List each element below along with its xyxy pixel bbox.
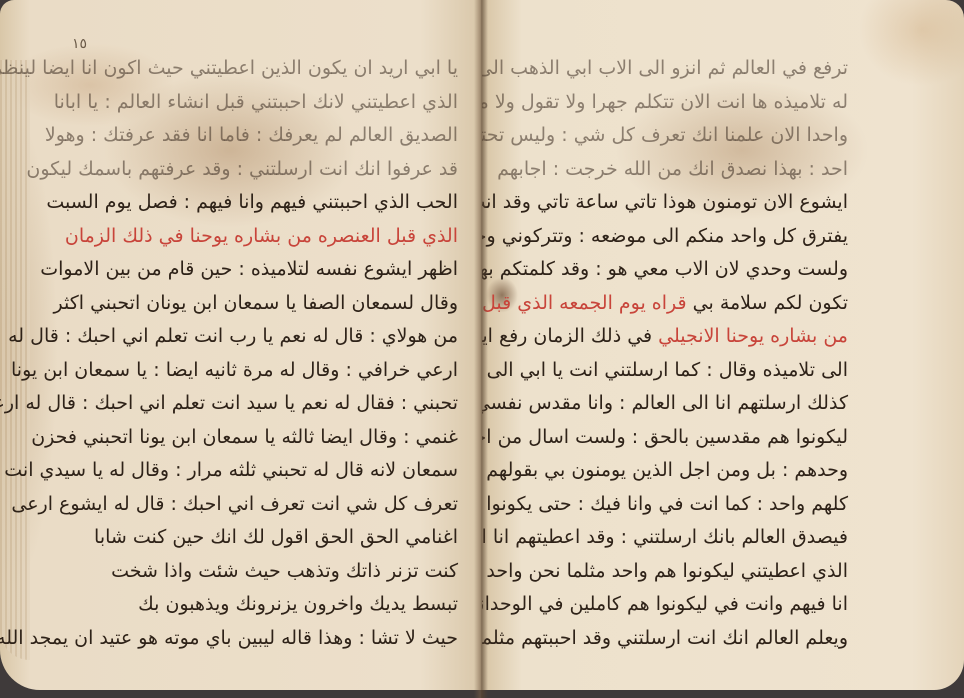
rubric-segment: قراه يوم الجمعه الذي قبل العنصره [482, 292, 687, 314]
text-line: اغنامي الحق الحق اقول لك انك حين كنت شاب… [140, 521, 458, 555]
text-line: قد عرفوا انك انت ارسلتني : وقد عرفتهم با… [140, 153, 458, 187]
text-line: الصديق العالم لم يعرفك : فاما انا فقد عر… [140, 119, 458, 153]
text-line: من بشاره يوحنا الانجيلي في ذلك الزمان رف… [500, 320, 848, 354]
text-line: الذي اعطيتني ليكونوا هم واحد مثلما نحن و… [500, 555, 848, 589]
text-line: كذلك ارسلتهم انا الى العالم : وانا مقدس … [500, 387, 848, 421]
folio-number: ١٥ [72, 36, 87, 52]
rubric-line: الذي قبل العنصره من بشاره يوحنا في ذلك ا… [140, 220, 458, 254]
text-line: يفترق كل واحد منكم الى موضعه : وتتركوني … [500, 220, 848, 254]
text-line: تكون لكم سلامة بي قراه يوم الجمعه الذي ق… [500, 287, 848, 321]
text-line: ليكونوا هم مقدسين بالحق : ولست اسال من ا… [500, 421, 848, 455]
text-segment: تكون لكم سلامة بي [693, 292, 848, 314]
left-page-text: يا ابي اريد ان يكون الذين اعطيتني حيث اك… [140, 52, 458, 655]
text-line: انا فيهم وانت في ليكونوا هم كاملين في ال… [500, 588, 848, 622]
text-segment: في ذلك الزمان رفع ايشوع عينيه [482, 325, 652, 347]
text-line: تبسط يديك واخرون يزنرونك ويذهبون بك [140, 588, 458, 622]
text-line: ويعلم العالم انك انت ارسلتني وقد احببتهم… [500, 622, 848, 656]
text-line: فيصدق العالم بانك ارسلتني : وقد اعطيتهم … [500, 521, 848, 555]
text-line: غنمي : وقال ايضا ثالثه يا سمعان ابن يونا… [140, 421, 458, 455]
book-gutter [474, 0, 488, 698]
text-line: تعرف كل شي انت تعرف اني احبك : قال له اي… [140, 488, 458, 522]
text-line: ولست وحدي لان الاب معي هو : وقد كلمتكم ب… [500, 253, 848, 287]
text-line: من هولاي : قال له نعم يا رب انت تعلم اني… [140, 320, 458, 354]
text-line: كنت تزنر ذاتك وتذهب حيث شئت واذا شخت [140, 555, 458, 589]
manuscript-spread: ١٥ يا ابي اريد ان يكون الذين اعطيتني حيث… [0, 0, 964, 698]
text-line: وحدهم : بل ومن اجل الذين يومنون بي بقوله… [500, 454, 848, 488]
text-line: ترفع في العالم ثم انزو الى الاب ابي الذه… [500, 52, 848, 86]
text-line: سمعان لانه قال له تحبني ثلثه مرار : وقال… [140, 454, 458, 488]
text-line: ارعي خرافي : وقال له مرة ثانيه ايضا : يا… [140, 354, 458, 388]
text-line: ايشوع الان تومنون هوذا تاتي ساعة تاتي وق… [500, 186, 848, 220]
right-page-text: ترفع في العالم ثم انزو الى الاب ابي الذه… [500, 52, 848, 655]
text-line: له تلاميذه ها انت الان تتكلم جهرا ولا تق… [500, 86, 848, 120]
text-line: وقال لسمعان الصفا يا سمعان ابن يونان اتح… [140, 287, 458, 321]
text-line: تحبني : فقال له نعم يا سيد انت تعلم اني … [140, 387, 458, 421]
text-line: كلهم واحد : كما انت في وانا فيك : حتى يك… [500, 488, 848, 522]
text-line: حيث لا تشا : وهذا قاله ليبين باي موته هو… [140, 622, 458, 656]
text-line: الحب الذي احببتني فيهم وانا فيهم : فصل ي… [140, 186, 458, 220]
text-line: اظهر ايشوع نفسه لتلاميذه : حين قام من بي… [140, 253, 458, 287]
text-line: يا ابي اريد ان يكون الذين اعطيتني حيث اك… [140, 52, 458, 86]
text-line: واحدا الان علمنا انك تعرف كل شي : وليس ت… [500, 119, 848, 153]
text-line: الى تلاميذه وقال : كما ارسلتني انت يا اب… [500, 354, 848, 388]
text-line: احد : بهذا نصدق انك من الله خرجت : اجابه… [500, 153, 848, 187]
text-line: الذي اعطيتني لانك احببتني قبل انشاء العا… [140, 86, 458, 120]
right-page: ترفع في العالم ثم انزو الى الاب ابي الذه… [482, 0, 964, 690]
rubric-segment: من بشاره يوحنا الانجيلي [658, 325, 848, 347]
left-page: ١٥ يا ابي اريد ان يكون الذين اعطيتني حيث… [0, 0, 482, 690]
